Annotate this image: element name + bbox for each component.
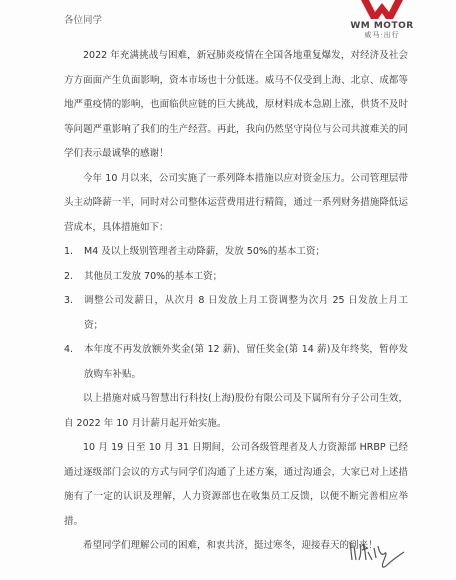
paragraph-communication: 10 月 19 日至 10 月 31 日期间，公司各级管理者及人力资源部 HRB… (64, 436, 408, 534)
list-number: 3. (64, 289, 73, 314)
letter-body: 2022 年充满挑战与困难，新冠肺炎疫情在全国各地重复爆发，对经济及社会方方面面… (64, 44, 408, 559)
paragraph-intro: 2022 年充满挑战与困难，新冠肺炎疫情在全国各地重复爆发，对经济及社会方方面面… (64, 44, 408, 167)
list-item: 1. M4 及以上级别管理者主动降薪，发放 50%的基本工资； (64, 240, 408, 265)
salutation: 各位同学 (64, 12, 102, 26)
paragraph-measures-intro: 今年 10 月以来，公司实施了一系列降本措施以应对资金压力。公司管理层带头主动降… (64, 167, 408, 241)
company-logo: WM MOTOR 威马·出行 (344, 0, 420, 40)
list-item: 3. 调整公司发薪日，从次月 8 日发放上月工资调整为次月 25 日发放上月工资… (64, 289, 408, 338)
list-item: 2. 其他员工发放 70%的基本工资； (64, 265, 408, 290)
logo-subtitle: 威马·出行 (344, 31, 420, 40)
signature-icon (344, 538, 414, 578)
list-number: 2. (64, 265, 73, 290)
letter-page: WM MOTOR 威马·出行 各位同学 2022 年充满挑战与困难，新冠肺炎疫情… (0, 0, 456, 580)
list-text: 调整公司发薪日，从次月 8 日发放上月工资调整为次月 25 日发放上月工资； (84, 295, 408, 331)
list-number: 4. (64, 338, 73, 363)
list-text: M4 及以上级别管理者主动降薪，发放 50%的基本工资； (84, 246, 325, 257)
list-number: 1. (64, 240, 73, 265)
list-text: 其他员工发放 70%的基本工资； (84, 271, 222, 282)
paragraph-scope: 以上措施对威马智慧出行科技(上海)股份有限公司及下属所有分子公司生效，自 202… (64, 387, 408, 436)
wm-logo-icon (359, 0, 405, 20)
list-item: 4. 本年度不再发放额外奖金(第 12 薪)、留任奖金(第 14 薪)及年终奖，… (64, 338, 408, 387)
measures-list: 1. M4 及以上级别管理者主动降薪，发放 50%的基本工资； 2. 其他员工发… (64, 240, 408, 387)
logo-brand-text: WM MOTOR (344, 21, 420, 31)
list-text: 本年度不再发放额外奖金(第 12 薪)、留任奖金(第 14 薪)及年终奖，暂停发… (84, 344, 408, 380)
signature (344, 538, 414, 578)
